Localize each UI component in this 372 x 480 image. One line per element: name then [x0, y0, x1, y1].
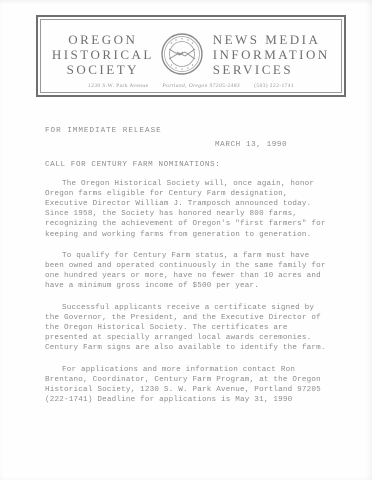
release-date: MARCH 13, 1990 — [215, 140, 333, 150]
release-body: FOR IMMEDIATE RELEASE MARCH 13, 1990 CAL… — [45, 126, 333, 405]
release-paragraph-1: The Oregon Historical Society will, once… — [45, 179, 333, 240]
ohs-seal-icon — [159, 32, 205, 76]
service-name-line3: SERVICES — [213, 62, 335, 77]
scanned-press-release-page: OREGON HISTORICAL SOCIETY — [0, 0, 372, 480]
org-name-line1: OREGON — [47, 32, 159, 47]
letterhead-inner-border: OREGON HISTORICAL SOCIETY — [40, 19, 342, 93]
letterhead-address-row: 1230 S.W. Park Avenue Portland, Oregon 9… — [47, 83, 335, 90]
release-paragraph-4: For applications and more information co… — [45, 365, 333, 406]
city-zip: Portland, Oregon 97205-2483 — [162, 83, 240, 89]
phone-number: (503) 222-1741 — [254, 83, 294, 89]
service-name-line1: NEWS MEDIA — [213, 32, 335, 47]
release-paragraph-3: Successful applicants receive a certific… — [45, 303, 333, 354]
street-address: 1230 S.W. Park Avenue — [88, 83, 149, 89]
service-name-line2: INFORMATION — [213, 47, 335, 62]
release-paragraph-2: To qualify for Century Farm status, a fa… — [45, 251, 333, 292]
org-name-line2: HISTORICAL — [47, 47, 159, 62]
org-name-block: OREGON HISTORICAL SOCIETY — [47, 32, 159, 77]
letterhead-row: OREGON HISTORICAL SOCIETY — [47, 25, 335, 83]
letterhead-box: OREGON HISTORICAL SOCIETY — [36, 15, 346, 97]
service-name-block: NEWS MEDIA INFORMATION SERVICES — [205, 32, 335, 77]
release-headline: CALL FOR CENTURY FARM NOMINATIONS: — [45, 160, 333, 170]
release-slug: FOR IMMEDIATE RELEASE — [45, 126, 333, 136]
org-name-line3: SOCIETY — [47, 62, 159, 77]
